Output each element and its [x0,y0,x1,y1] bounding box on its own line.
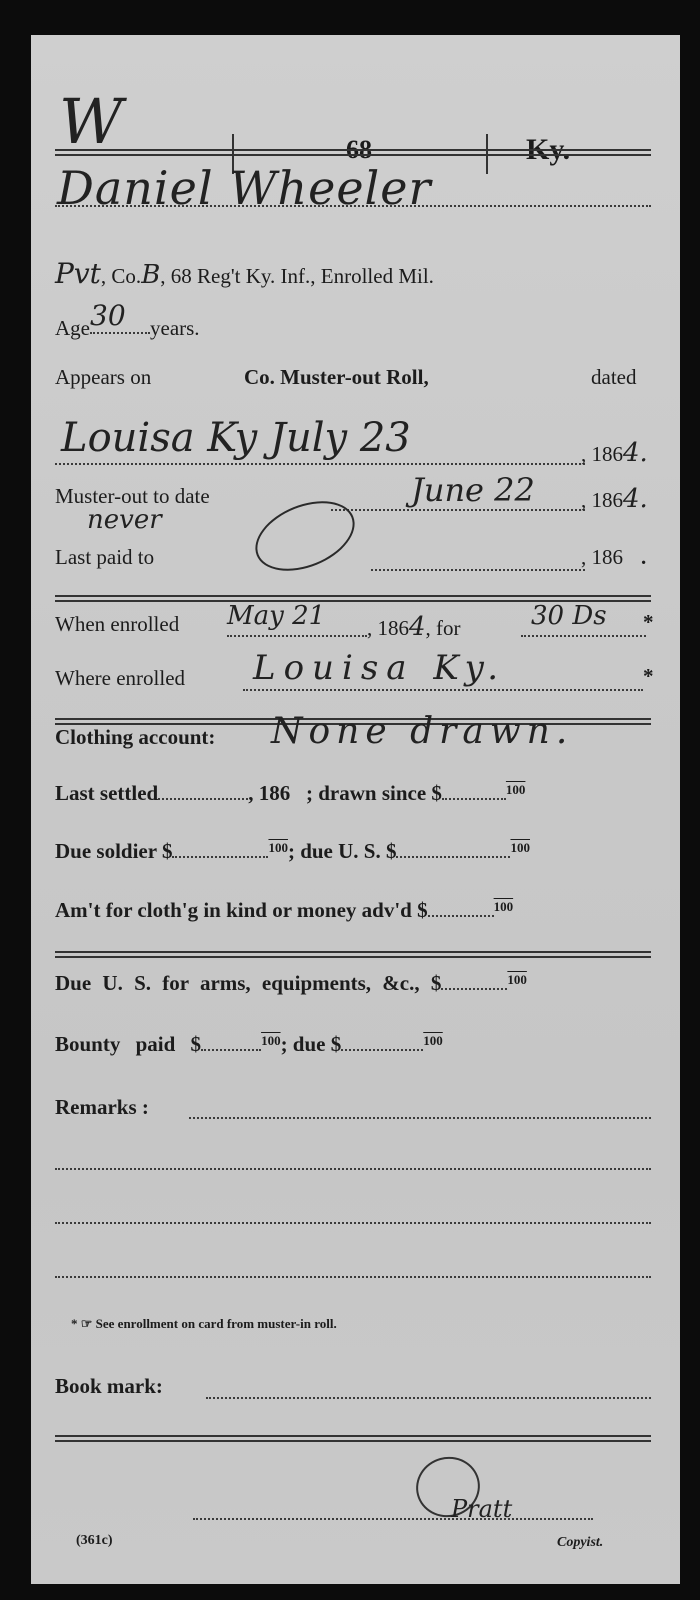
bounty-row: Bounty paid $100; due $100 [55,1032,443,1057]
when-enrolled-year: , 1864, for [367,612,461,642]
roll-date-line [55,463,585,465]
last-settled-row: Last settled, 186 ; drawn since $100 [55,781,525,806]
clothing-advanced-row: Am't for cloth'g in kind or money adv'd … [55,898,513,923]
where-enrolled-label: Where enrolled [55,666,185,691]
age-label: Age [55,316,90,340]
never-annotation: never [87,505,162,535]
copyist-line [193,1518,593,1520]
where-enrolled-line [243,689,643,691]
due-soldier-row: Due soldier $100; due U. S. $100 [55,839,530,864]
when-enrolled-asterisk: * [643,610,654,635]
age-row: Age30years. [55,309,200,344]
rank-row: Pvt, Co.B, 68 Reg't Ky. Inf., Enrolled M… [55,257,434,290]
dated-label: dated [591,365,636,390]
remarks-line-4 [55,1276,651,1278]
term-line [521,635,646,637]
appears-on-label: Appears on [55,365,151,390]
divider-footer [55,1435,651,1437]
enrollment-term: 30 Ds [531,601,607,631]
divider-header [55,149,651,151]
muster-out-card: W 68 Ky. Daniel Wheeler Pvt, Co.B, 68 Re… [31,35,680,1584]
age-suffix: years. [150,316,200,340]
remarks-line-3 [55,1222,651,1224]
when-enrolled-line [227,635,367,637]
copyist-label: Copyist. [557,1535,603,1551]
header-initial: W [59,85,123,158]
last-paid-year: , 186 [581,545,623,570]
muster-out-line [331,509,585,511]
when-enrolled-value: May 21 [227,601,325,631]
footnote: * ☞ See enrollment on card from muster-i… [71,1316,337,1332]
pen-loop-mark [245,488,365,584]
rank-value: Pvt [55,257,101,290]
company-label: , Co. [101,264,141,288]
remarks-line-2 [55,1168,651,1170]
where-enrolled-value: Louisa Ky. [253,648,506,688]
when-enrolled-label: When enrolled [55,612,179,637]
divider-accounts [55,951,651,953]
company-value: B [141,260,160,290]
clothing-account-label: Clothing account: [55,725,215,750]
roll-date-value: Louisa Ky July 23 [61,415,411,461]
form-number: (361c) [76,1533,113,1549]
roll-year: , 1864. [581,438,648,468]
last-paid-label: Last paid to [55,545,154,570]
muster-out-year: , 1864. [581,484,648,514]
divider-enrollment [55,595,651,597]
roll-type: Co. Muster-out Roll, [244,365,429,390]
unit-text: , 68 Reg't Ky. Inf., Enrolled Mil. [160,264,434,288]
book-mark-line [206,1397,651,1399]
due-us-arms-row: Due U. S. for arms, equipments, &c., $10… [55,971,527,996]
muster-out-value: June 22 [411,471,535,509]
remarks-line-1 [189,1117,651,1119]
where-enrolled-asterisk: * [643,664,654,689]
age-value: 30 [90,299,150,334]
book-mark-label: Book mark: [55,1374,163,1399]
last-paid-end: . [641,545,646,570]
remarks-label: Remarks : [55,1095,149,1120]
clothing-account-value: None drawn. [271,711,573,752]
name-line [55,205,651,207]
last-paid-line [371,569,585,571]
